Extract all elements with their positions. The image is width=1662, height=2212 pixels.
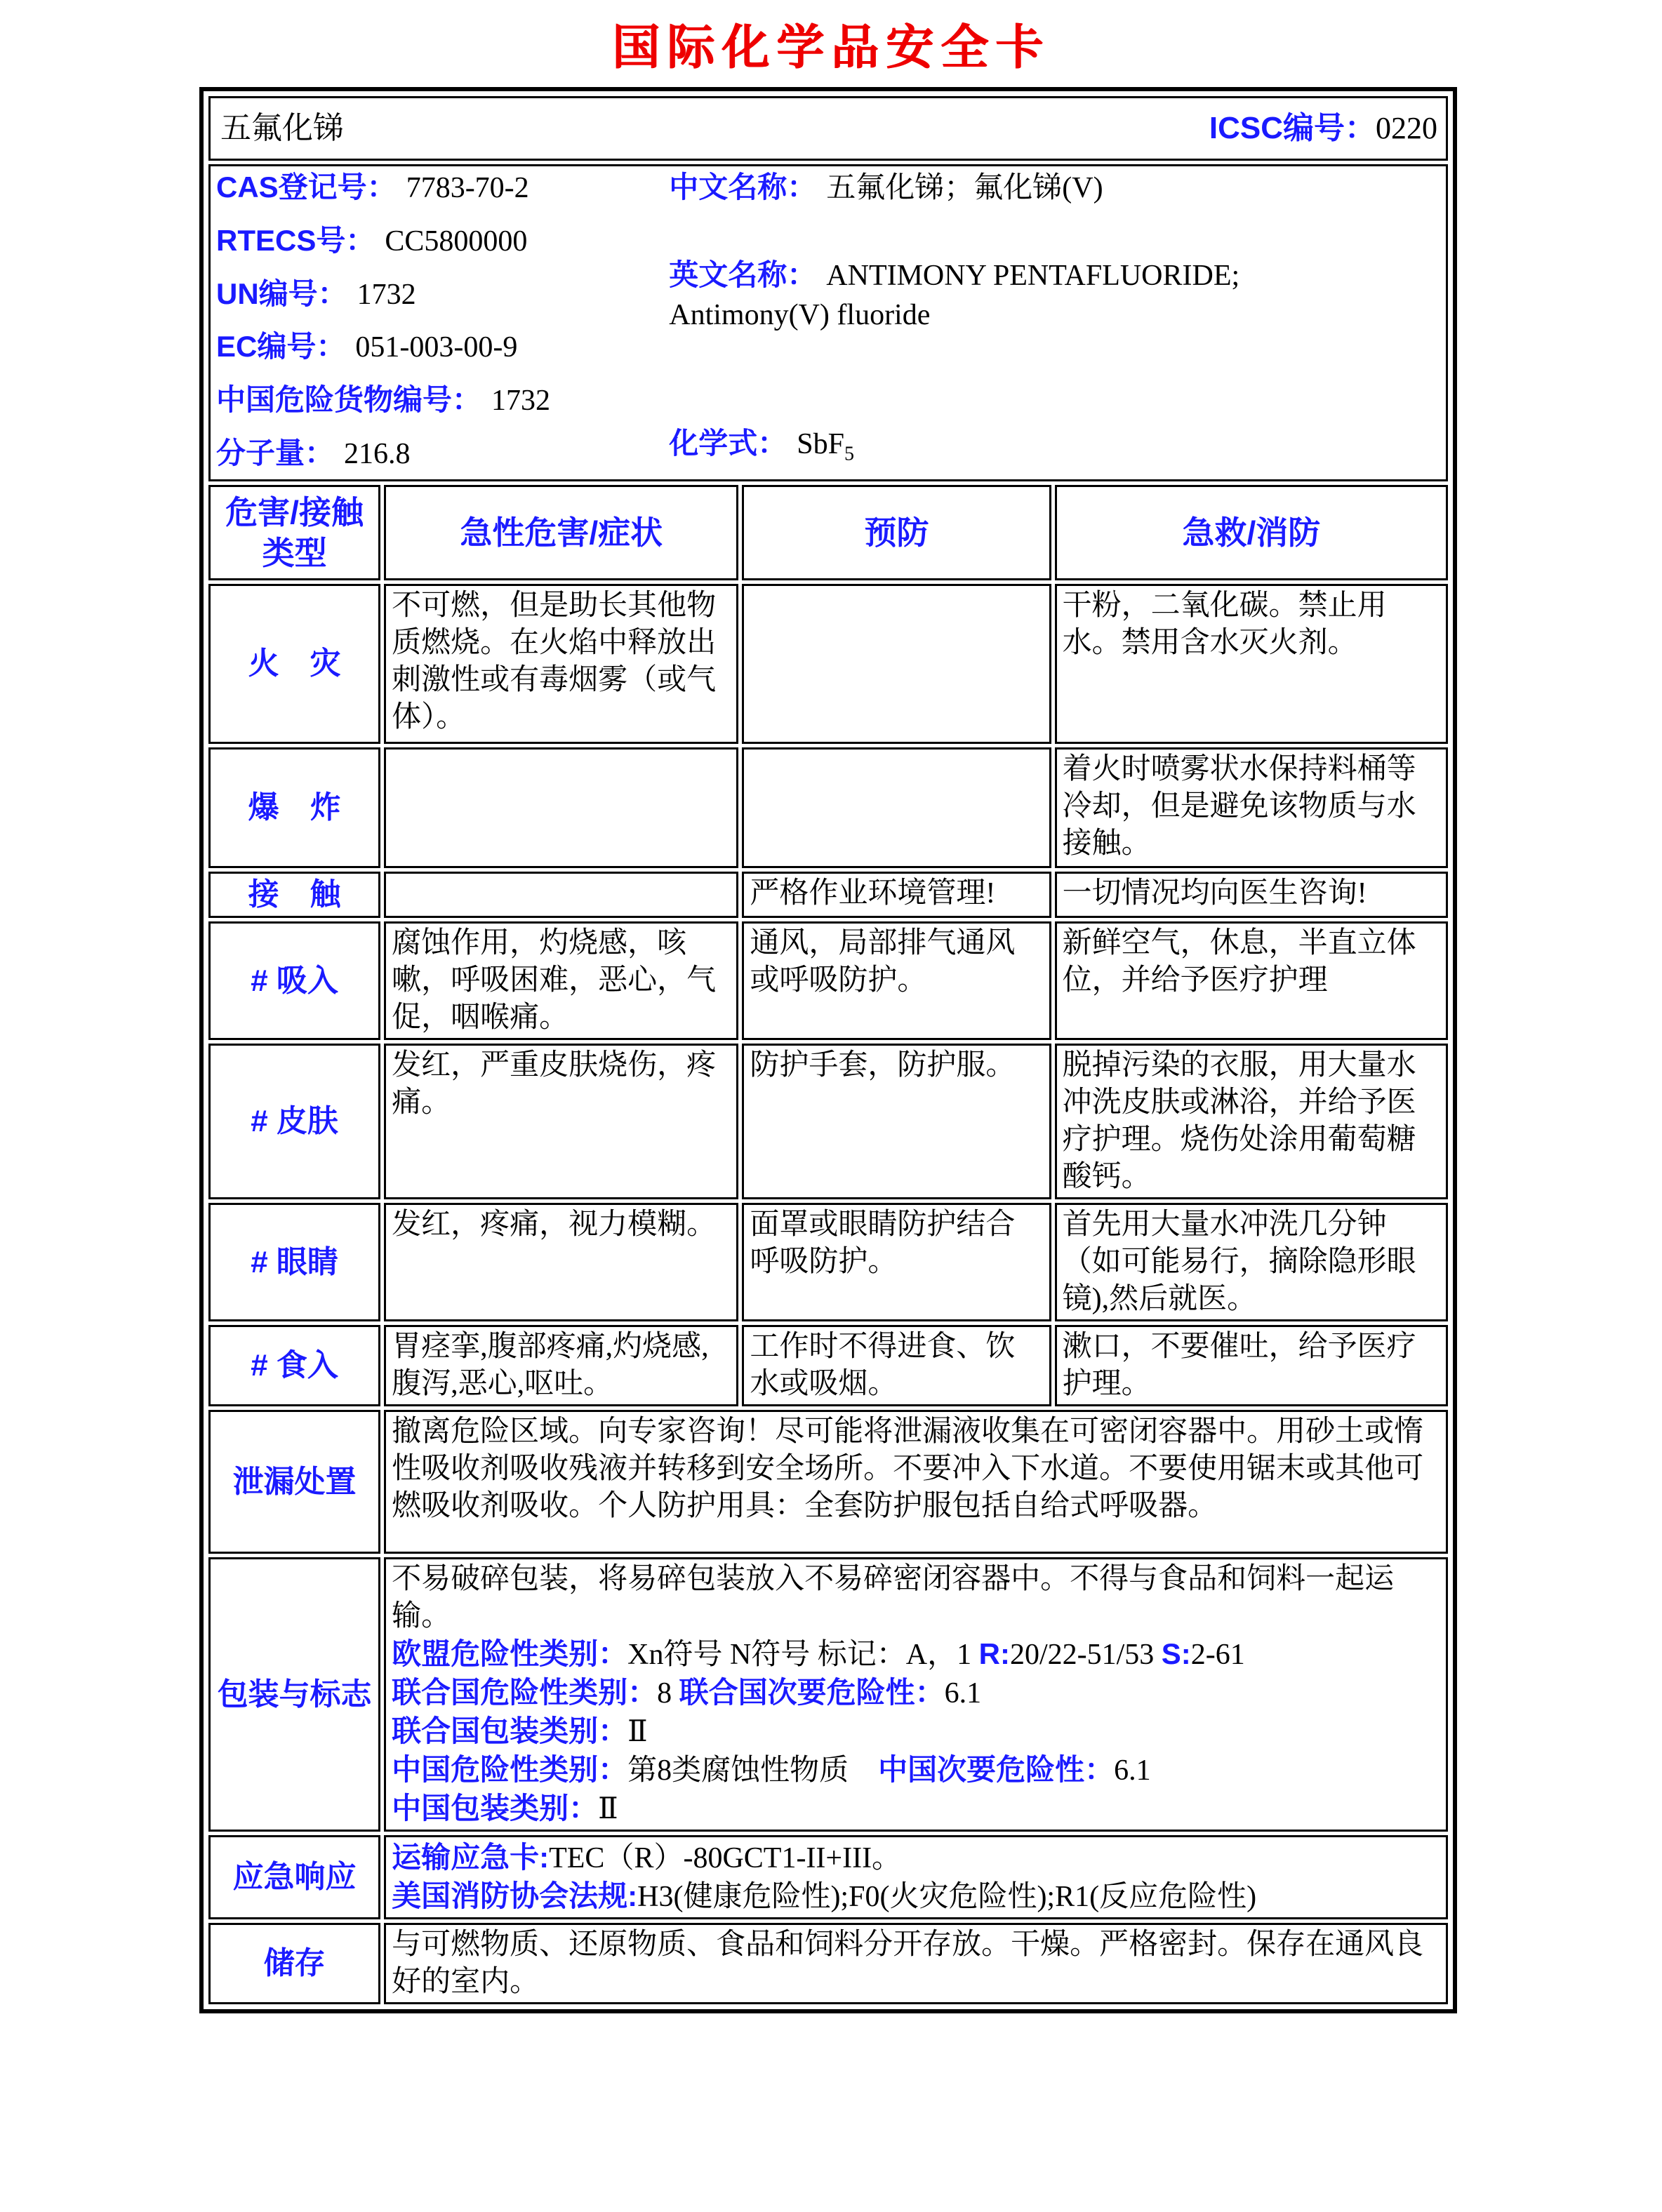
field-label: 美国消防协会法规: [392,1879,637,1912]
hazard-row-explosion: 爆 炸 着火时喷雾状水保持料桶等冷却，但是避免该物质与水接触。 [208,747,1448,868]
field-label: 联合国次要危险性： [679,1676,945,1709]
chemical-formula-subscript: 5 [844,443,854,465]
hazard-row-contact: 接 触 严格作业环境管理! 一切情况均向医生咨询! [208,872,1448,918]
field-label: 中国危险性类别： [392,1753,627,1786]
field-value: Xn符号 N符号 标记：A，1 [627,1639,979,1671]
eyes-symptoms: 发红，疼痛，视力模糊。 [384,1203,738,1321]
china-dangerous-goods-number-label: 中国危险货物编号： [216,383,481,416]
hazard-row-fire: 火 灾 不可燃，但是助长其他物质燃烧。在火焰中释放出刺激性或有毒烟雾（或气体）。… [208,584,1448,744]
ingestion-prevention: 工作时不得进食、饮水或吸烟。 [742,1325,1051,1406]
header-hazard-type: 危害/接触类型 [208,485,380,580]
identification-left-column: CAS登记号：7783-70-2 RTECS号：CC5800000 UN编号：1… [216,168,669,474]
field-value: TEC（R）-80GCT1-II+III。 [549,1842,901,1874]
skin-firstaid: 脱掉污染的衣服，用大量水冲洗皮肤或淋浴，并给予医疗护理。烧伤处涂用葡萄糖酸钙。 [1055,1044,1448,1199]
ec-number-value: 051-003-00-9 [355,331,517,364]
chemical-formula-label: 化学式： [669,427,787,460]
cas-number-label: CAS登记号： [216,171,397,204]
molecular-weight-row: 分子量：216.8 [216,434,669,474]
icsc-number-group: ICSC编号：0220 [1209,109,1440,147]
china-dangerous-goods-number-value: 1732 [491,385,550,417]
molecular-weight-label: 分子量： [216,437,334,469]
page: 国际化学品安全卡 五氟化锑 ICSC编号：0220 CAS登记号：778 [0,0,1662,2212]
cas-number-row: CAS登记号：7783-70-2 [216,168,669,208]
section-row-packaging-labelling: 包装与标志 不易破碎包装，将易碎包装放入不易碎密闭容器中。不得与食品和饲料一起运… [208,1557,1448,1832]
chinese-name-row: 中文名称：五氟化锑；氟化锑(V) [669,168,1440,208]
inhalation-label: # 吸入 [208,921,380,1040]
field-value: H3(健康危险性);F0(火灾危险性);R1(反应危险性) [637,1881,1256,1913]
contact-label: 接 触 [208,872,380,918]
fire-firstaid: 干粉，二氧化碳。禁止用水。禁用含水灭火剂。 [1055,584,1448,744]
text-line: 撤离危险区域。向专家咨询！尽可能将泄漏液收集在可密闭容器中。用砂土或惰性吸收剂吸… [392,1413,1440,1525]
text-line: 联合国包装类别：Ⅱ [392,1712,1440,1751]
text-line: 美国消防协会法规:H3(健康危险性);F0(火灾危险性);R1(反应危险性) [392,1877,1440,1916]
field-label: 欧盟危险性类别： [392,1637,627,1670]
emergency-response-label: 应急响应 [208,1835,380,1919]
field-value: Ⅱ [627,1716,648,1748]
field-label: 运输应急卡: [392,1841,549,1874]
storage-label: 储存 [208,1923,380,2004]
molecular-weight-value: 216.8 [344,438,411,470]
fire-symptoms: 不可燃，但是助长其他物质燃烧。在火焰中释放出刺激性或有毒烟雾（或气体）。 [384,584,738,744]
skin-symptoms: 发红，严重皮肤烧伤，疼痛。 [384,1044,738,1199]
field-value: 与可燃物质、还原物质、食品和饲料分开存放。干燥。严格密封。保存在通风良好的室内。 [392,1928,1423,1998]
field-value: 8 [657,1677,679,1710]
header-prevention: 预防 [742,485,1051,580]
ingestion-label: # 食入 [208,1325,380,1406]
contact-symptoms [384,872,738,918]
hazard-row-inhalation: # 吸入 腐蚀作用，灼烧感，咳嗽，呼吸困难，恶心，气促，咽喉痛。 通风，局部排气… [208,921,1448,1040]
field-value: 撤离危险区域。向专家咨询！尽可能将泄漏液收集在可密闭容器中。用砂土或惰性吸收剂吸… [392,1415,1423,1522]
page-title: 国际化学品安全卡 [0,0,1662,87]
ingestion-firstaid: 漱口，不要催吐，给予医疗护理。 [1055,1325,1448,1406]
field-label: 中国次要危险性： [878,1753,1114,1786]
contact-firstaid: 一切情况均向医生咨询! [1055,872,1448,918]
card-header-flex: 五氟化锑 ICSC编号：0220 [216,100,1440,156]
rtecs-number-value: CC5800000 [385,225,527,258]
english-name-row: 英文名称：ANTIMONY PENTAFLUORIDE; Antimony(V)… [669,255,1357,335]
safety-card-table: 五氟化锑 ICSC编号：0220 CAS登记号：7783-70-2 RTECS号… [205,93,1451,2008]
ingestion-symptoms: 胃痉挛,腹部疼痛,灼烧感,腹泻,恶心,呕吐。 [384,1325,738,1406]
spill-disposal-content: 撤离危险区域。向专家咨询！尽可能将泄漏液收集在可密闭容器中。用砂土或惰性吸收剂吸… [384,1410,1448,1554]
explosion-prevention [742,747,1051,868]
hazard-table-header-row: 危害/接触类型 急性危害/症状 预防 急救/消防 [208,485,1448,580]
section-row-storage: 储存 与可燃物质、还原物质、食品和饲料分开存放。干燥。严格密封。保存在通风良好的… [208,1923,1448,2004]
card-header-row: 五氟化锑 ICSC编号：0220 [208,96,1448,161]
field-label: 中国包装类别： [392,1792,598,1825]
section-row-emergency-response: 应急响应 运输应急卡:TEC（R）-80GCT1-II+III。美国消防协会法规… [208,1835,1448,1919]
skin-prevention: 防护手套，防护服。 [742,1044,1051,1199]
field-value: 不易破碎包装，将易碎包装放入不易碎密闭容器中。不得与食品和饲料一起运输。 [392,1563,1394,1632]
text-line: 中国危险性类别：第8类腐蚀性物质 中国次要危险性：6.1 [392,1751,1440,1790]
explosion-label: 爆 炸 [208,747,380,868]
field-label: 联合国包装类别： [392,1714,627,1747]
text-line: 不易破碎包装，将易碎包装放入不易碎密闭容器中。不得与食品和饲料一起运输。 [392,1561,1440,1635]
explosion-firstaid: 着火时喷雾状水保持料桶等冷却，但是避免该物质与水接触。 [1055,747,1448,868]
identification-cell: CAS登记号：7783-70-2 RTECS号：CC5800000 UN编号：1… [208,164,1448,481]
icsc-number: 0220 [1376,111,1437,145]
field-value: 6.1 [945,1677,982,1710]
identification-block: CAS登记号：7783-70-2 RTECS号：CC5800000 UN编号：1… [216,168,1440,474]
text-line: 与可燃物质、还原物质、食品和饲料分开存放。干燥。严格密封。保存在通风良好的室内。 [392,1926,1440,2001]
field-value: 20/22-51/53 [1010,1639,1162,1671]
un-number-label: UN编号： [216,277,347,310]
hazard-row-ingestion: # 食入 胃痉挛,腹部疼痛,灼烧感,腹泻,恶心,呕吐。 工作时不得进食、饮水或吸… [208,1325,1448,1406]
eyes-prevention: 面罩或眼睛防护结合呼吸防护。 [742,1203,1051,1321]
cas-number-value: 7783-70-2 [406,172,529,204]
rtecs-number-row: RTECS号：CC5800000 [216,221,669,261]
fire-label: 火 灾 [208,584,380,744]
chemical-name: 五氟化锑 [216,109,344,147]
emergency-response-content: 运输应急卡:TEC（R）-80GCT1-II+III。美国消防协会法规:H3(健… [384,1835,1448,1919]
field-value: 2-61 [1191,1639,1245,1671]
field-value: Ⅱ [598,1793,618,1825]
text-line: 联合国危险性类别：8 联合国次要危险性：6.1 [392,1674,1440,1712]
field-label: R: [979,1637,1010,1670]
un-number-row: UN编号：1732 [216,274,669,314]
packaging-labelling-content: 不易破碎包装，将易碎包装放入不易碎密闭容器中。不得与食品和饲料一起运输。欧盟危险… [384,1557,1448,1832]
field-label: 联合国危险性类别： [392,1676,657,1709]
packaging-labelling-label: 包装与标志 [208,1557,380,1832]
field-value: 6.1 [1114,1754,1151,1787]
identification-row: CAS登记号：7783-70-2 RTECS号：CC5800000 UN编号：1… [208,164,1448,481]
eyes-label: # 眼睛 [208,1203,380,1321]
un-number-value: 1732 [357,279,416,311]
icsc-label: ICSC编号： [1209,111,1376,145]
text-line: 中国包装类别：Ⅱ [392,1790,1440,1828]
field-value: 第8类腐蚀性物质 [627,1754,878,1787]
eyes-firstaid: 首先用大量水冲洗几分钟（如可能易行，摘除隐形眼镜),然后就医。 [1055,1203,1448,1321]
chemical-formula-base: SbF [797,428,844,460]
field-label: S: [1162,1637,1191,1670]
header-firstaid-firefighting: 急救/消防 [1055,485,1448,580]
chinese-name-value: 五氟化锑；氟化锑(V) [826,172,1103,204]
chinese-name-label: 中文名称： [669,171,816,204]
spill-disposal-label: 泄漏处置 [208,1410,380,1554]
card-header-cell: 五氟化锑 ICSC编号：0220 [208,96,1448,161]
storage-content: 与可燃物质、还原物质、食品和饲料分开存放。干燥。严格密封。保存在通风良好的室内。 [384,1923,1448,2004]
identification-right-column: 中文名称：五氟化锑；氟化锑(V) 英文名称：ANTIMONY PENTAFLUO… [669,168,1440,474]
contact-prevention: 严格作业环境管理! [742,872,1051,918]
rtecs-number-label: RTECS号： [216,224,375,257]
hazard-row-skin: # 皮肤 发红，严重皮肤烧伤，疼痛。 防护手套，防护服。 脱掉污染的衣服，用大量… [208,1044,1448,1199]
chemical-formula-row: 化学式：SbF5 [669,424,1440,474]
skin-label: # 皮肤 [208,1044,380,1199]
fire-prevention [742,584,1051,744]
header-acute-hazards: 急性危害/症状 [384,485,738,580]
inhalation-firstaid: 新鲜空气，休息，半直立体位，并给予医疗护理 [1055,921,1448,1040]
explosion-symptoms [384,747,738,868]
inhalation-prevention: 通风，局部排气通风或呼吸防护。 [742,921,1051,1040]
section-row-spill-disposal: 泄漏处置 撤离危险区域。向专家咨询！尽可能将泄漏液收集在可密闭容器中。用砂土或惰… [208,1410,1448,1554]
inhalation-symptoms: 腐蚀作用，灼烧感，咳嗽，呼吸困难，恶心，气促，咽喉痛。 [384,921,738,1040]
safety-card: 五氟化锑 ICSC编号：0220 CAS登记号：7783-70-2 RTECS号… [199,87,1457,2013]
china-dangerous-goods-number-row: 中国危险货物编号：1732 [216,380,669,420]
text-line: 运输应急卡:TEC（R）-80GCT1-II+III。 [392,1839,1440,1877]
hazard-row-eyes: # 眼睛 发红，疼痛，视力模糊。 面罩或眼睛防护结合呼吸防护。 首先用大量水冲洗… [208,1203,1448,1321]
english-name-label: 英文名称： [669,258,816,291]
ec-number-row: EC编号：051-003-00-9 [216,327,669,367]
text-line: 欧盟危险性类别：Xn符号 N符号 标记：A，1 R:20/22-51/53 S:… [392,1635,1440,1674]
ec-number-label: EC编号： [216,330,345,363]
